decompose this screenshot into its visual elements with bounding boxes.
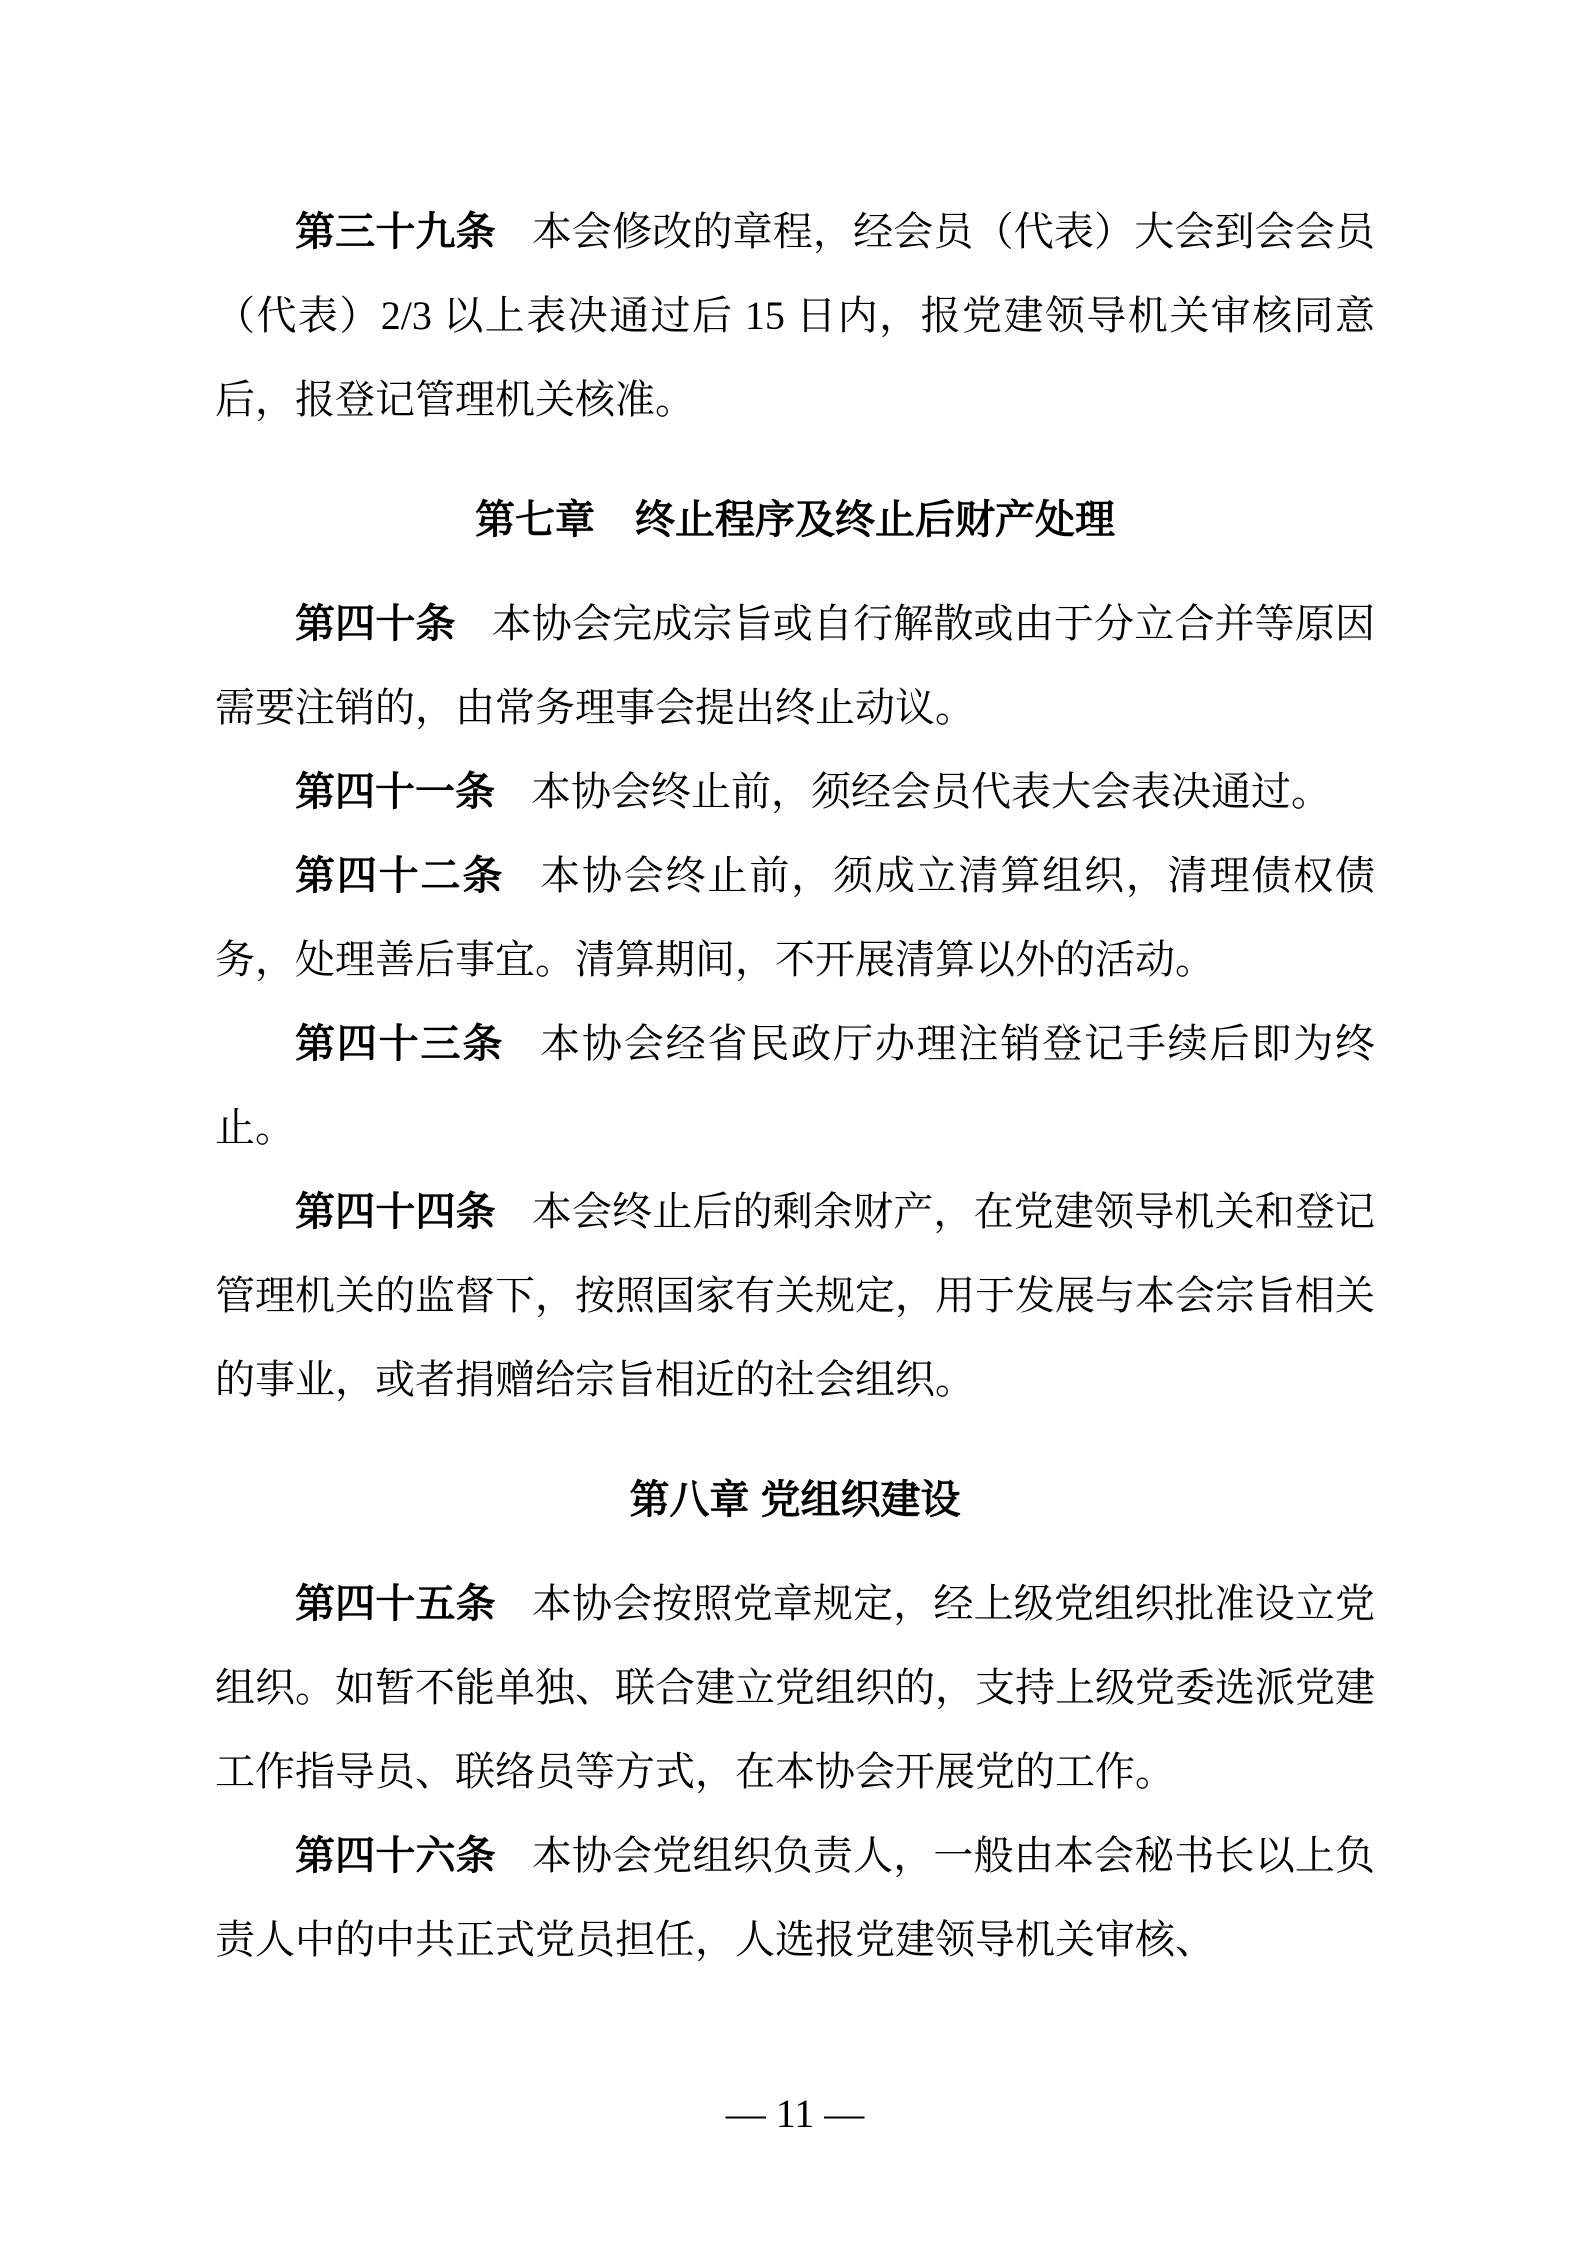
article-number-label: 第四十六条: [295, 1834, 496, 1878]
article-paragraph-44: 第四十四条本会终止后的剩余财产，在党建领导机关和登记管理机关的监督下，按照国家有…: [215, 1170, 1375, 1422]
chapter-heading-8: 第八章 党组织建设: [215, 1458, 1375, 1542]
article-number-label: 第四十五条: [295, 1582, 496, 1626]
article-paragraph-42: 第四十二条本协会终止前，须成立清算组织，清理债权债务，处理善后事宜。清算期间，不…: [215, 834, 1375, 1002]
article-number-label: 第四十三条: [295, 1022, 504, 1066]
article-number-label: 第四十条: [295, 602, 456, 646]
document-page: 第三十九条本会修改的章程，经会员（代表）大会到会会员（代表）2/3 以上表决通过…: [0, 0, 1587, 2245]
article-paragraph-43: 第四十三条本协会经省民政厅办理注销登记手续后即为终止。: [215, 1002, 1375, 1170]
document-content: 第三十九条本会修改的章程，经会员（代表）大会到会会员（代表）2/3 以上表决通过…: [0, 0, 1587, 2156]
article-paragraph-40: 第四十条本协会完成宗旨或自行解散或由于分立合并等原因需要注销的，由常务理事会提出…: [215, 582, 1375, 750]
article-paragraph-45: 第四十五条本协会按照党章规定，经上级党组织批准设立党组织。如暂不能单独、联合建立…: [215, 1562, 1375, 1814]
chapter-heading-7: 第七章 终止程序及终止后财产处理: [215, 478, 1375, 562]
article-text: 本协会终止前，须经会员代表大会表决通过。: [531, 769, 1331, 814]
article-number-label: 第三十九条: [295, 210, 496, 254]
article-number-label: 第四十四条: [295, 1190, 496, 1234]
article-paragraph-46: 第四十六条本协会党组织负责人，一般由本会秘书长以上负责人中的中共正式党员担任，人…: [215, 1814, 1375, 1982]
page-number: — 11 —: [215, 2072, 1375, 2156]
article-paragraph-41: 第四十一条本协会终止前，须经会员代表大会表决通过。: [215, 750, 1375, 834]
article-paragraph-39: 第三十九条本会修改的章程，经会员（代表）大会到会会员（代表）2/3 以上表决通过…: [215, 190, 1375, 442]
article-number-label: 第四十一条: [295, 770, 495, 814]
article-number-label: 第四十二条: [295, 854, 504, 898]
